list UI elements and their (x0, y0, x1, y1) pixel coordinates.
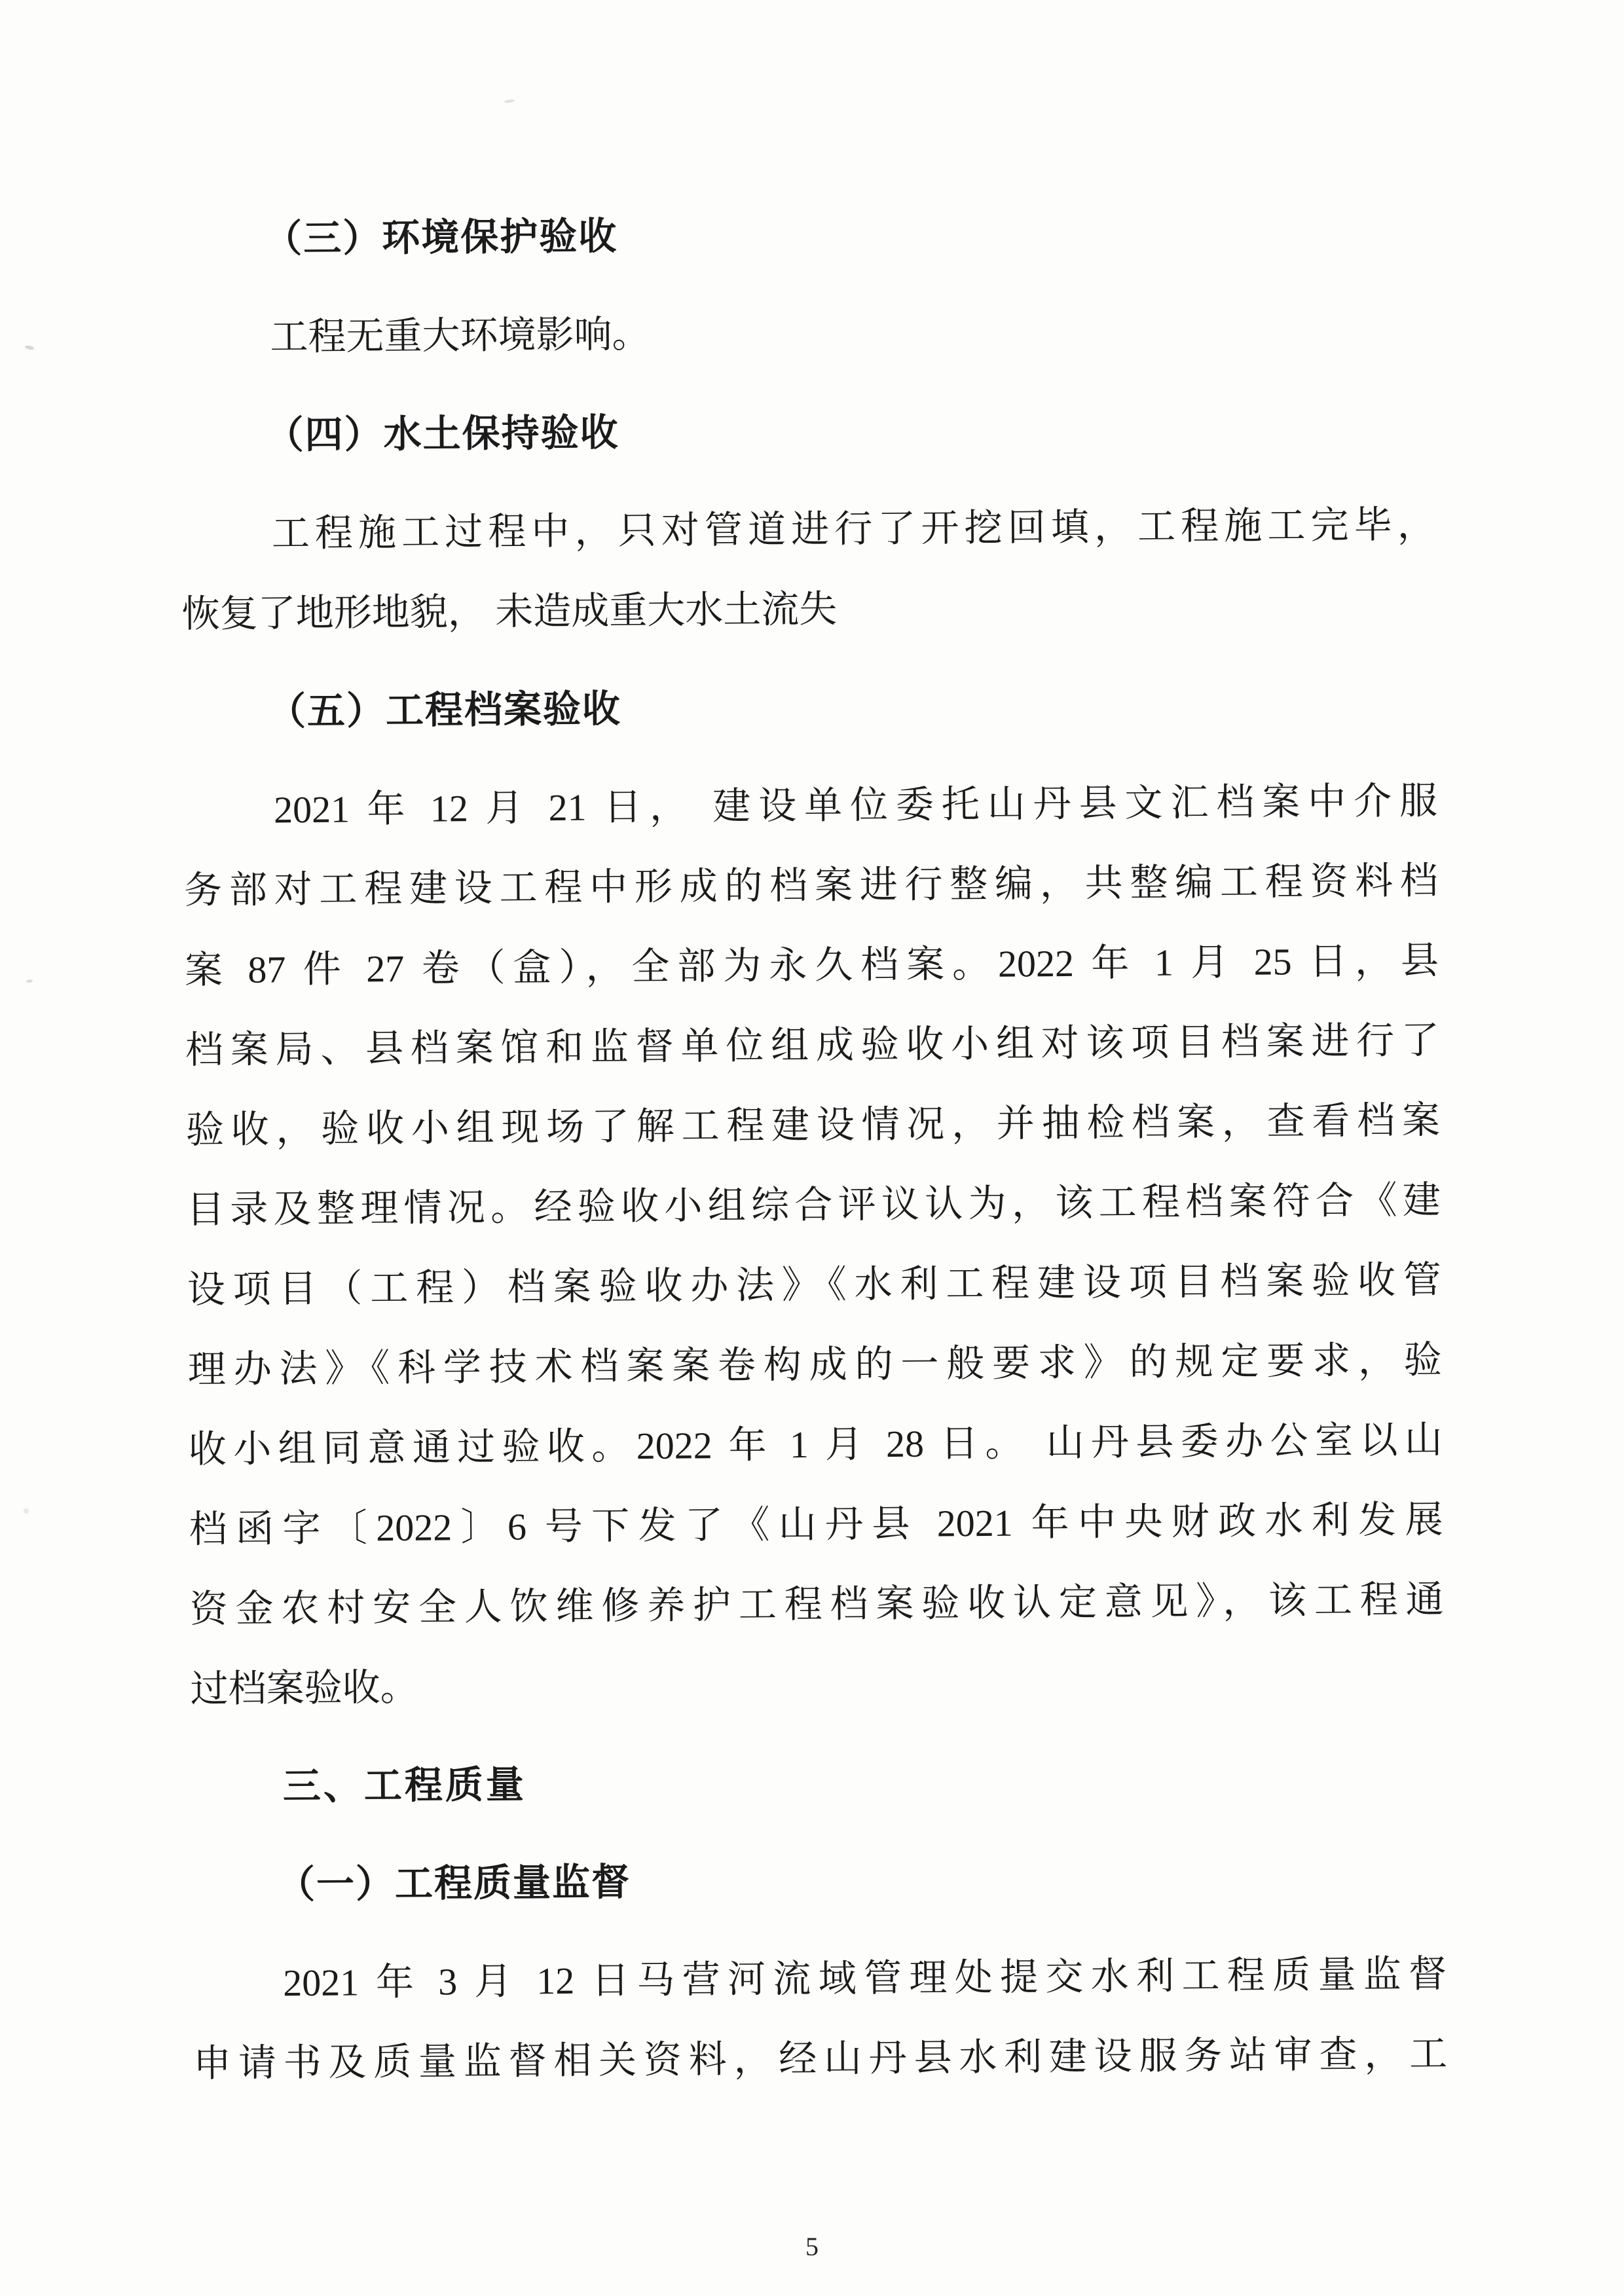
scanned-document-page: （三）环境保护验收 工程无重大环境影响。 （四）水土保持验收 工程施工过程中，只… (0, 0, 1624, 2296)
document-body: （三）环境保护验收 工程无重大环境影响。 （四）水土保持验收 工程施工过程中，只… (177, 0, 1447, 2104)
text-line: 目录及整理情况。经验收小组综合评议认为，该工程档案符合《建 (186, 1160, 1441, 1250)
text-line: 申请书及质量监督相关资料，经山丹县水利建设服务站审查，工 (193, 2014, 1448, 2104)
section-heading-soil-water: （四）水土保持验收 (180, 387, 1435, 477)
page-number: 5 (0, 2231, 1624, 2262)
text-line: 案 87 件 27 卷（盒），全部为永久档案。2022 年 1 月 25 日，县 (185, 920, 1439, 1010)
text-line: 验收，验收小组现场了解工程建设情况，并抽检档案，查看档案 (185, 1080, 1440, 1170)
text-line: 设项目（工程）档案验收办法》《水利工程建设项目档案验收管 (187, 1240, 1441, 1330)
scan-artifact (26, 979, 33, 983)
text-line: 过档案验收。 (190, 1639, 1445, 1729)
text-line: 理办法》《科学技术档案案卷构成的一般要求》的规定要求，验 (187, 1320, 1442, 1410)
text-line: 工程无重大环境影响。 (179, 289, 1434, 378)
text-line: 恢复了地形地貌， 未造成重大水土流失 (181, 565, 1436, 655)
text-line: 档案局、县档案馆和监督单位组成验收小组对该项目档案进行了 (185, 1000, 1440, 1090)
text-line: 务部对工程建设工程中形成的档案进行整编，共整编工程资料档 (184, 841, 1439, 930)
text-line: 资金农村安全人饮维修养护工程档案验收认定意见》，该工程通 (189, 1559, 1444, 1649)
section-heading-quality-supervision: （一）工程质量监督 (192, 1836, 1447, 1925)
text-line: 2021 年 3 月 12 日马营河流域管理处提交水利工程质量监督 (193, 1934, 1447, 2024)
scan-artifact (25, 345, 35, 351)
section-heading-environment: （三）环境保护验收 (179, 191, 1433, 280)
text-line: 收小组同意通过验收。2022 年 1 月 28 日。 山丹县委办公室以山 (188, 1400, 1443, 1489)
text-line: 2021 年 12 月 21 日， 建设单位委托山丹县文汇档案中介服 (183, 761, 1438, 850)
text-line: 工程施工过程中，只对管道进行了开挖回填，工程施工完毕， (181, 485, 1435, 575)
section-heading-quality: 三、工程质量 (191, 1738, 1445, 1827)
text-line: 档函字〔2022〕6 号下发了《山丹县 2021 年中央财政水利发展 (189, 1480, 1443, 1569)
section-heading-archive: （五）工程档案验收 (182, 663, 1437, 752)
scan-artifact (24, 1508, 29, 1514)
